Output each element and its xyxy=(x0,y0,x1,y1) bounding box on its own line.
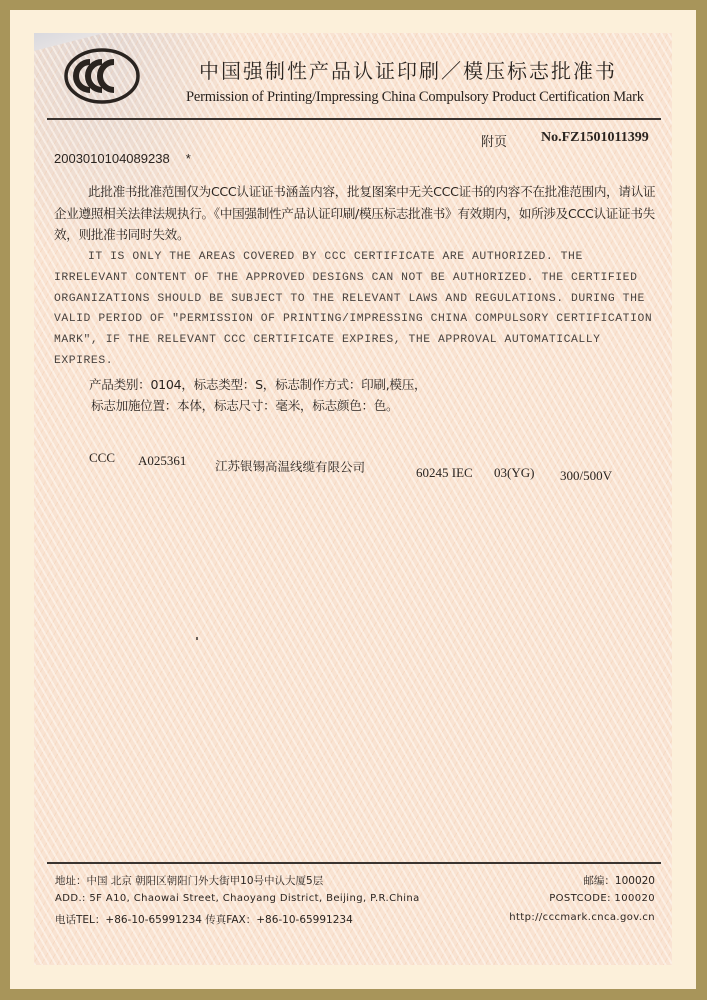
footer-contact: 地址：中国 北京 朝阳区朝阳门外大街甲10号中认大厦5层 邮编：100020 A… xyxy=(55,873,655,932)
product-voltage: 300/500V xyxy=(560,468,612,484)
postcode-english: POSTCODE: 100020 xyxy=(549,893,655,904)
product-entry-row: CCC A025361 江苏银锡高温线缆有限公司 60245 IEC 03(YG… xyxy=(34,33,672,965)
postcode-chinese: 邮编：100020 xyxy=(583,873,655,888)
website-link[interactable]: http://cccmark.cnca.gov.cn xyxy=(509,912,655,923)
product-mark: CCC xyxy=(89,450,115,466)
footer-divider xyxy=(47,862,661,864)
product-code: A025361 xyxy=(138,453,186,469)
address-english: ADD.: 5F A10, Chaowai Street, Chaoyang D… xyxy=(55,893,420,904)
phone-fax: 电话TEL：+86-10-65991234 传真FAX：+86-10-65991… xyxy=(55,914,353,926)
product-model: 03(YG) xyxy=(494,465,534,481)
product-company: 江苏银锡高温线缆有限公司 xyxy=(215,456,365,476)
paper-speck xyxy=(196,637,198,640)
address-chinese: 地址：中国 北京 朝阳区朝阳门外大街甲10号中认大厦5层 xyxy=(55,875,323,887)
certificate-page: 中国强制性产品认证印刷／模压标志批准书 Permission of Printi… xyxy=(34,33,672,965)
product-standard: 60245 IEC xyxy=(416,465,473,481)
